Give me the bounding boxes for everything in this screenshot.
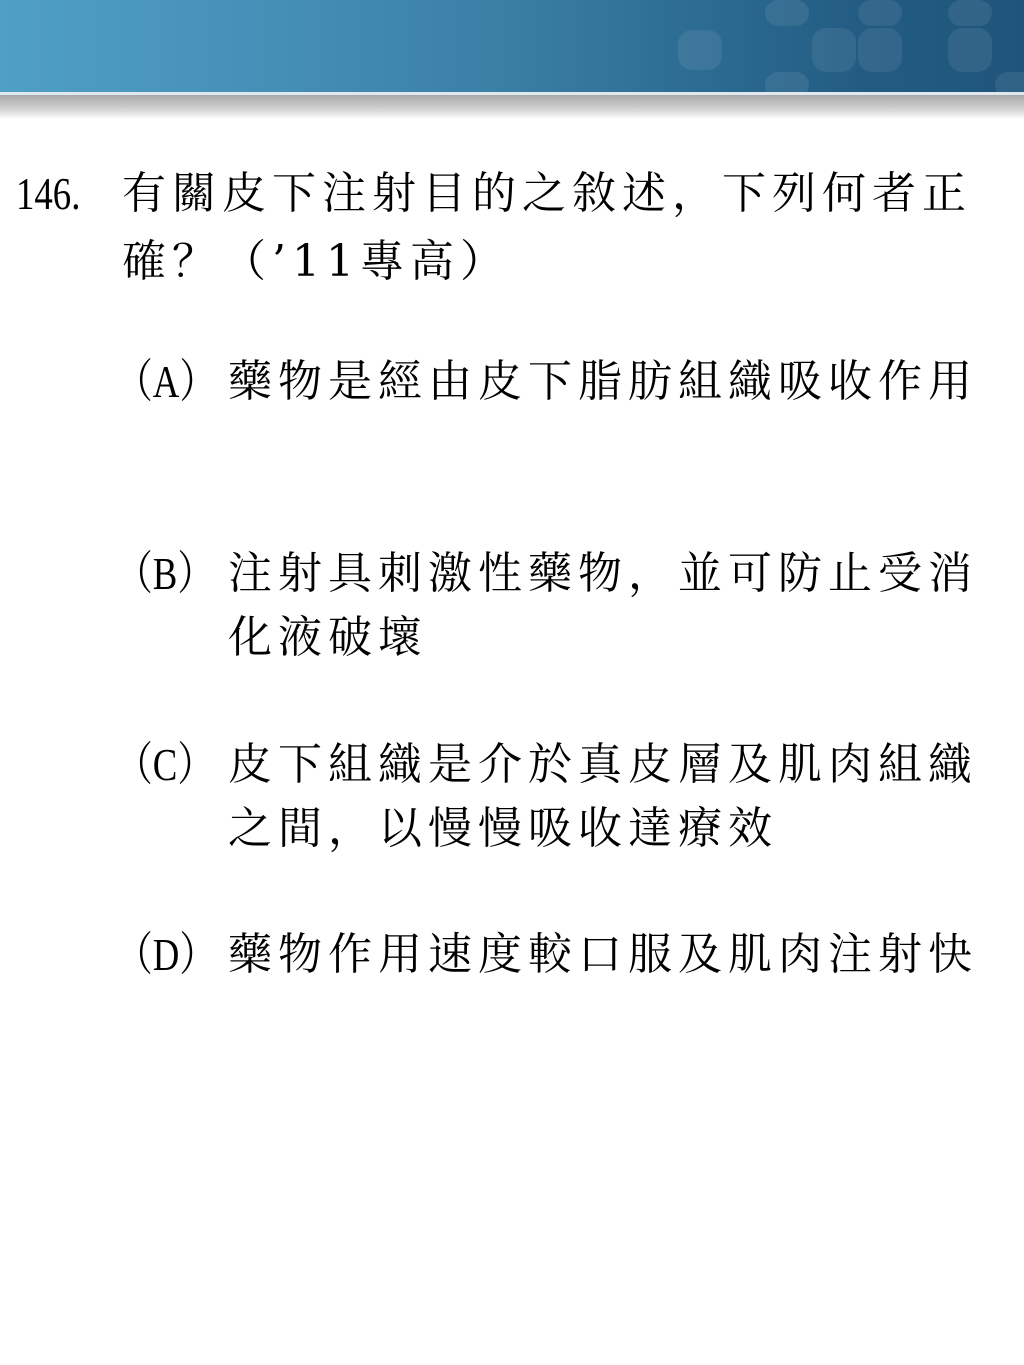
question-text: 有關皮下注射目的之敘述，下列何者正確？（’11專高） bbox=[122, 160, 982, 296]
decorative-tile bbox=[678, 30, 722, 70]
decorative-tile bbox=[995, 72, 1024, 92]
option-a: （A） 藥物是經由皮下脂肪組織吸收作用 bbox=[0, 350, 1024, 414]
decorative-tile bbox=[948, 0, 992, 26]
decorative-tile bbox=[858, 28, 902, 72]
option-b: （B） 注射具刺激性藥物，並可防止受消化液破壞 bbox=[0, 542, 1024, 670]
decorative-tile bbox=[765, 72, 809, 92]
decorative-tile bbox=[858, 0, 902, 26]
header-shadow bbox=[0, 95, 1024, 119]
option-text: 藥物是經由皮下脂肪組織吸收作用 bbox=[228, 350, 988, 414]
option-label: （C） bbox=[116, 733, 214, 797]
decorative-tile bbox=[765, 0, 809, 26]
question-row: 146. 有關皮下注射目的之敘述，下列何者正確？（’11專高） bbox=[0, 160, 1024, 296]
option-d: （D） 藥物作用速度較口服及肌肉注射快 bbox=[0, 923, 1024, 987]
decorative-tile bbox=[812, 28, 856, 72]
option-text: 藥物作用速度較口服及肌肉注射快 bbox=[228, 923, 988, 987]
question-number: 146. bbox=[16, 160, 80, 228]
option-text: 皮下組織是介於真皮層及肌肉組織之間，以慢慢吸收達療效 bbox=[228, 733, 988, 861]
question-block: 146. 有關皮下注射目的之敘述，下列何者正確？（’11專高） bbox=[0, 160, 1024, 296]
option-label: （D） bbox=[116, 923, 216, 987]
option-text: 注射具刺激性藥物，並可防止受消化液破壞 bbox=[228, 542, 988, 670]
option-c: （C） 皮下組織是介於真皮層及肌肉組織之間，以慢慢吸收達療效 bbox=[0, 733, 1024, 861]
option-label: （A） bbox=[116, 350, 216, 414]
option-label: （B） bbox=[116, 542, 214, 606]
slide-header-band bbox=[0, 0, 1024, 92]
decorative-tile bbox=[948, 28, 992, 72]
